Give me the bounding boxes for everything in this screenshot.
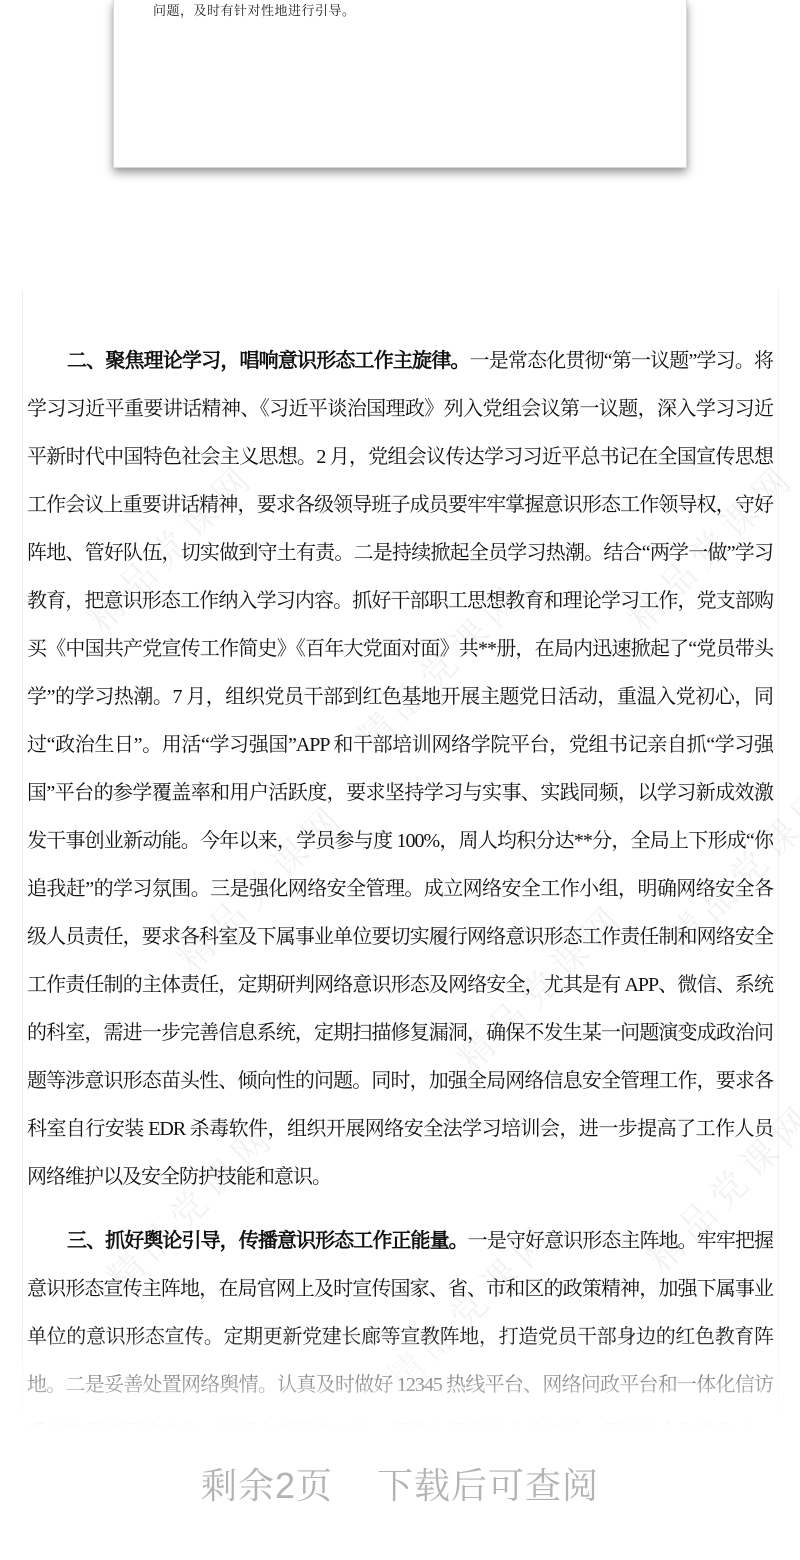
paragraph-2: 二、聚焦理论学习，唱响意识形态工作主旋律。一是常态化贯彻“第一议题”学习。将学习… — [27, 337, 773, 1201]
paragraph-2-body: 一是常态化贯彻“第一议题”学习。将学习习近平重要讲话精神、《习近平谈治国理政》列… — [27, 350, 773, 1188]
remaining-pages-count: 剩余2页 — [201, 1465, 333, 1506]
paragraph-3-body: 一是守好意识形态主阵地。牢牢把握意识形态宣传主阵地，在局官网上及时宣传国家、省、… — [27, 1230, 773, 1492]
remaining-pages-notice: 剩余2页下载后可查阅 — [0, 1458, 800, 1509]
previous-page-tail-text: 问题，及时有针对性地进行引导。 — [153, 0, 356, 19]
download-to-view-hint: 下载后可查阅 — [377, 1465, 599, 1506]
paragraph-2-lead: 二、聚焦理论学习，唱响意识形态工作主旋律。 — [67, 350, 470, 372]
document-body: 二、聚焦理论学习，唱响意识形态工作主旋律。一是常态化贯彻“第一议题”学习。将学习… — [27, 337, 773, 1505]
paragraph-3-lead: 三、抓好舆论引导，传播意识形态工作正能量。 — [67, 1230, 468, 1252]
previous-page-card: 问题，及时有针对性地进行引导。 — [113, 0, 687, 168]
